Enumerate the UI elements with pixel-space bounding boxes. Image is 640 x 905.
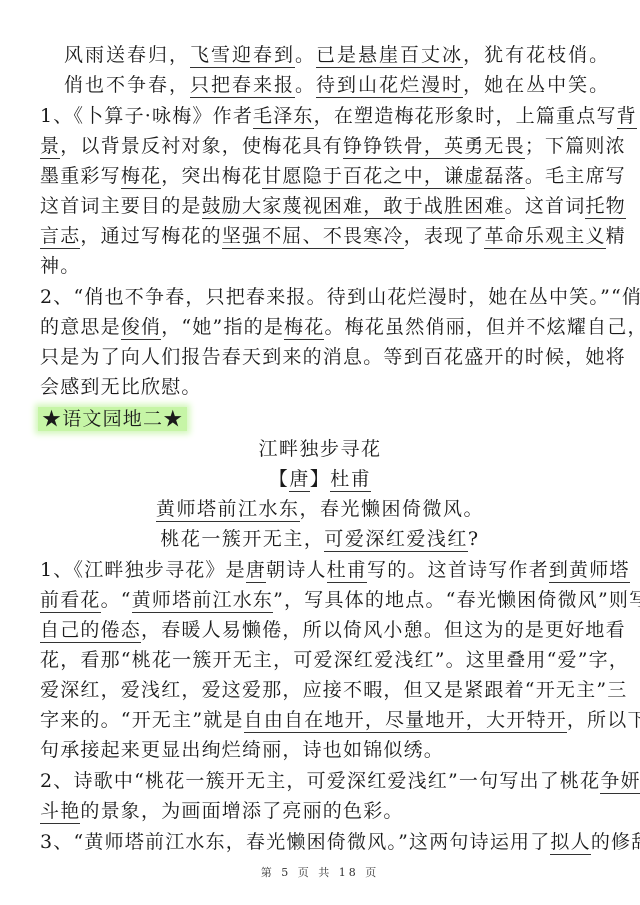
poem-author: 【唐】杜甫 [0, 464, 640, 494]
note-paragraph-line: 言志，通过写梅花的坚强不屈、不畏寒冷，表现了革命乐观主义精 [40, 221, 612, 251]
note-paragraph-line: 2、“俏也不争春，只把春来报。待到山花烂漫时，她在丛中笑。”“俏” [40, 282, 612, 312]
note-paragraph-line: 爱深红，爱浅红，爱这爱那，应接不暇，但又是紧跟着“开无主”三 [40, 675, 612, 705]
note-paragraph-line: 的意思是俊俏，“她”指的是梅花。梅花虽然俏丽，但并不炫耀自己， [40, 312, 612, 342]
note-paragraph-line: 神。 [40, 251, 612, 281]
document-page: 风雨送春归，飞雪迎春到。已是悬崖百丈冰，犹有花枝俏。 俏也不争春，只把春来报。待… [0, 0, 640, 905]
note-paragraph-line: 墨重彩写梅花，突出梅花甘愿隐于百花之中，谦虚磊落。毛主席写 [40, 161, 612, 191]
note-paragraph-line: 3、“黄师塔前江水东，春光懒困倚微风。”这两句诗运用了拟人的修辞 [40, 827, 612, 857]
note-paragraph-line: 前看花。“黄师塔前江水东”，写具体的地点。“春光懒困倚微风”则写 [40, 585, 612, 615]
poem-line: 风雨送春归，飞雪迎春到。已是悬崖百丈冰，犹有花枝俏。 [64, 40, 584, 70]
note-paragraph-line: 景，以背景反衬对象，使梅花具有铮铮铁骨，英勇无畏；下篇则浓 [40, 131, 612, 161]
note-paragraph-line: 1、《卜算子·咏梅》作者毛泽东，在塑造梅花形象时，上篇重点写背 [40, 101, 612, 131]
highlighted-heading: ★语文园地二★ [38, 407, 187, 431]
note-paragraph-line: 1、《江畔独步寻花》是唐朝诗人杜甫写的。这首诗写作者到黄师塔 [40, 555, 612, 585]
page-number-footer: 第 5 页 共 18 页 [0, 864, 640, 880]
poem-line: 桃花一簇开无主，可爱深红爱浅红? [0, 524, 640, 554]
note-paragraph-line: 自己的倦态，春暖人易懒倦，所以倚风小憩。但这为的是更好地看 [40, 615, 612, 645]
note-paragraph-line: 句承接起来更显出绚烂绮丽，诗也如锦似绣。 [40, 735, 612, 765]
note-paragraph-line: 字来的。“开无主”就是自由自在地开，尽量地开，大开特开，所以下 [40, 705, 612, 735]
poem-title: 江畔独步寻花 [0, 434, 640, 464]
note-paragraph-line: 花，看那“桃花一簇开无主，可爱深红爱浅红”。这里叠用“爱”字， [40, 645, 612, 675]
note-paragraph-line: 斗艳的景象，为画面增添了亮丽的色彩。 [40, 796, 612, 826]
poem-line: 俏也不争春，只把春来报。待到山花烂漫时，她在丛中笑。 [64, 70, 584, 100]
note-paragraph-line: 只是为了向人们报告春天到来的消息。等到百花盛开的时候，她将 [40, 342, 612, 372]
note-paragraph-line: 2、诗歌中“桃花一簇开无主，可爱深红爱浅红”一句写出了桃花争妍 [40, 766, 612, 796]
poem-line: 黄师塔前江水东，春光懒困倚微风。 [0, 494, 640, 524]
note-paragraph-line: 这首词主要目的是鼓励大家蔑视困难，敢于战胜困难。这首词托物 [40, 191, 612, 221]
note-paragraph-line: 会感到无比欣慰。 [40, 372, 612, 402]
section-heading: ★语文园地二★ [38, 404, 610, 434]
